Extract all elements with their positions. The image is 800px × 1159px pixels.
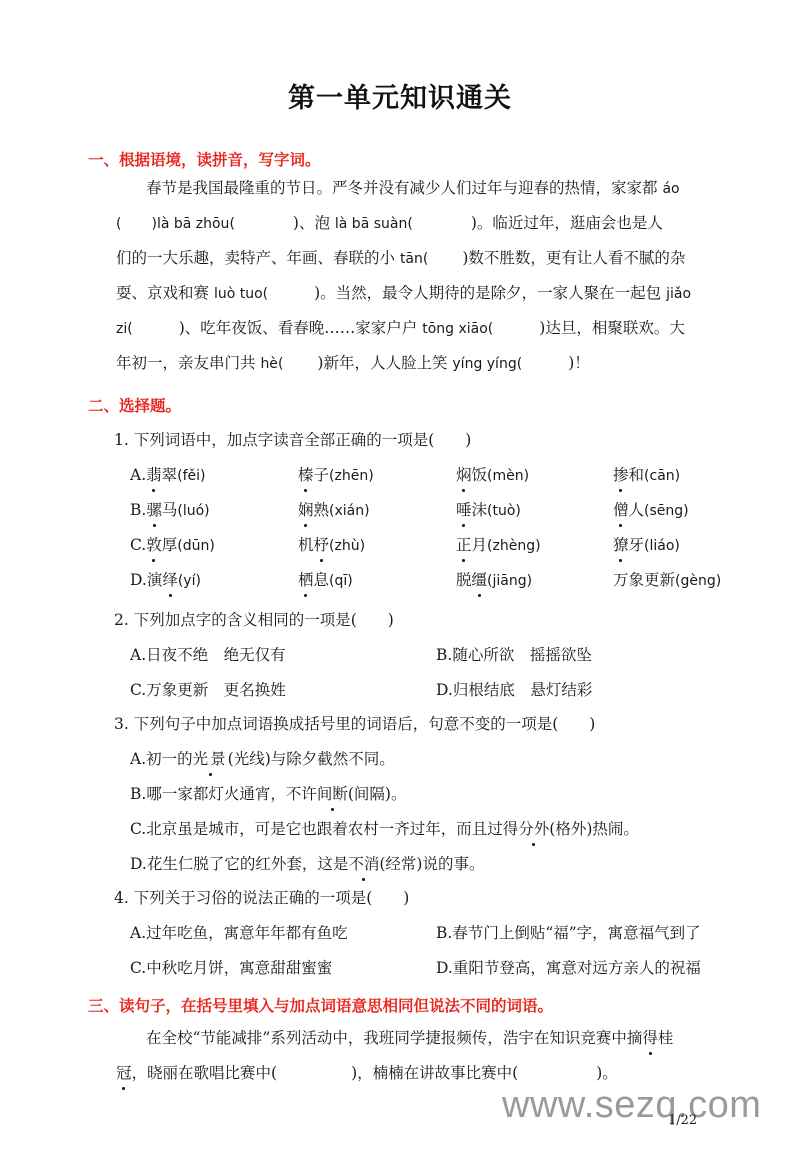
dotted-char: 栖 [298,568,314,590]
dotted-char: 榛 [298,463,314,485]
worksheet-page: 第一单元知识通关 一、根据语境，读拼音，写字词。 春节是我国最隆重的节日。严冬并… [0,0,800,1159]
text: (光线)与除夕截然不同。 [228,750,395,768]
option-label: C. [130,959,146,977]
text: 和 [629,466,645,484]
text: )、吃年夜饭、看春晚……家家户户 [179,319,422,337]
pinyin: (gèng) [675,573,721,589]
text: )。当然，最令人期待的是除夕，一家人聚在一起包 [314,284,666,302]
q4-option-d[interactable]: D.重阳节登高，寓意对远方亲人的祝福 [436,956,701,978]
pinyin: (zhù) [329,538,365,554]
option-label: B. [436,924,452,942]
pinyin: áo [662,181,679,197]
text: 饭 [472,466,488,484]
text: 北京虽是城市，可是它也跟着农村一齐过年，而且过得 [146,820,518,838]
option-label: C. [130,820,146,838]
q1-c-word-2: 机杼(zhù) [298,533,365,555]
page-number: 1/22 [668,1113,697,1128]
text: 年初一，亲友串门共 [116,354,260,372]
dotted-char: 掺 [613,463,629,485]
option-label: A. [130,466,146,484]
text: 春节是我国最隆重的节日。严冬并没有减少人们过年与迎春的热情，家家都 [146,179,662,197]
pinyin: yíng yíng [452,356,516,372]
option-text: 中秋吃月饼，寓意甜甜蜜蜜 [146,959,332,977]
q1-c-word-4: 獠牙(liáo) [613,533,680,555]
q3-option-d[interactable]: D.花生仁脱了它的红外套，这是不消(经常)说的事。 [130,852,484,874]
pinyin: là bā zhōu [157,216,230,232]
pinyin: (jiāng) [487,573,532,589]
dotted-char: 骡 [146,498,162,520]
pinyin: (sēng) [644,503,689,519]
text: 新 [660,571,676,589]
option-phrase: 万象更新 [146,681,208,699]
option-phrase: 更名换姓 [224,681,286,699]
text: ，晓丽在歌唱比赛中( [132,1064,278,1082]
option-phrase: 归根结底 [453,681,515,699]
dotted-char: 缰 [472,568,488,590]
pinyin: (liáo) [644,538,680,554]
paren-open: ( [263,286,268,302]
paren-open: ( [127,321,132,337]
question-4-stem: 4. 下列关于习俗的说法正确的一项是( ) [114,886,409,908]
text: 息 [314,571,330,589]
q1-option-b[interactable]: B.骡马(luó) [130,498,210,520]
q2-option-a[interactable]: A.日夜不绝 绝无仅有 [130,643,286,665]
text: 牙 [629,536,645,554]
text: 马 [162,501,178,519]
text: (格外)热闹。 [549,820,639,838]
paren-open: ( [278,356,283,372]
dotted-char: 正 [456,533,472,555]
dotted-char: 敦 [146,533,162,555]
dotted-char: 杼 [314,533,330,555]
dotted-word: 不消 [348,852,379,874]
page-title: 第一单元知识通关 [0,76,800,115]
option-label: B. [436,646,452,664]
q2-option-d[interactable]: D.归根结底 悬灯结彩 [436,678,592,700]
text: )。临近过年，逛庙会也是人 [471,214,663,232]
option-phrase: 摇摇欲坠 [530,646,592,664]
dotted-word: 分外 [518,817,549,839]
pinyin: (zhēn) [329,468,374,484]
section-2-heading: 二、选择题。 [88,394,181,416]
text: )数不胜数，更有让人看不腻的杂 [462,249,685,267]
text: (经常)说的事。 [379,855,484,873]
paren-open: ( [517,356,522,372]
section-1-line-3: 们的一大乐趣，卖特产、年画、春联的小 tān()数不胜数，更有让人看不腻的杂 [116,248,685,269]
text: )！ [568,354,590,372]
option-label: D. [130,855,147,873]
dotted-char: 翡 [146,463,162,485]
dotted-char: 唾 [456,498,472,520]
paren-open: ( [423,251,428,267]
text: 们的一大乐趣，卖特产、年画、春联的小 [116,249,400,267]
option-label: A. [130,646,146,664]
text: 人 [629,501,645,519]
text: 耍、京戏和赛 [116,284,214,302]
dotted-word: 摘得桂 [627,1028,674,1048]
q1-b-word-4: 僧人(sēng) [613,498,689,520]
dotted-word: 冠 [116,1063,132,1083]
watermark: www.sezq.com [502,1084,761,1127]
option-text: 过年吃鱼，寓意年年都有鱼吃 [146,924,348,942]
dotted-char: 焖 [456,463,472,485]
q3-option-a[interactable]: A.初一的光景(光线)与除夕截然不同。 [130,747,395,769]
text: )达旦，相聚联欢。大 [539,319,685,337]
pinyin: (yí) [178,573,201,589]
pinyin: (mèn) [487,468,529,484]
q3-option-b[interactable]: B.哪一家都灯火通宵，不许间断(间隔)。 [130,782,406,804]
q1-a-word-2: 榛子(zhēn) [298,463,374,485]
text: 在全校“节能减排”系列活动中，我班同学捷报频传，浩宇在知识竞赛中 [146,1029,627,1047]
text: 沫 [472,501,488,519]
text: 演 [147,571,163,589]
q1-d-word-3: 脱缰(jiāng) [456,568,532,590]
pinyin: (luó) [177,503,209,519]
q1-b-word-3: 唾沫(tuò) [456,498,521,520]
text: 万象更 [613,571,660,589]
option-text: 重阳节登高，寓意对远方亲人的祝福 [453,959,701,977]
text: 脱 [456,571,472,589]
q4-option-c[interactable]: C.中秋吃月饼，寓意甜甜蜜蜜 [130,956,332,978]
question-3-stem: 3. 下列句子中加点词语换成括号里的词语后，句意不变的一项是( ) [114,712,595,734]
paren-open: ( [407,216,412,232]
text: )。 [596,1064,618,1082]
q1-c-word-3: 正月(zhèng) [456,533,541,555]
text: 初一的 [146,750,193,768]
pinyin: (zhèng) [487,538,541,554]
q1-a-word-4: 掺和(cān) [613,463,680,485]
section-1-line-4: 耍、京戏和赛 luò tuo()。当然，最令人期待的是除夕，一家人聚在一起包 j… [116,283,691,304]
text: )，楠楠在讲故事比赛中( [351,1064,518,1082]
dotted-char: 娴 [298,498,314,520]
paren-open: ( [116,216,121,232]
text: 翠 [162,466,178,484]
question-2-stem: 2. 下列加点字的含义相同的一项是( ) [114,608,394,630]
section-1-line-2: ()là bā zhōu()、泡 là bā suàn()。临近过年，逛庙会也是… [116,213,663,234]
text: 月 [472,536,488,554]
question-1-stem: 1. 下列词语中，加点字读音全部正确的一项是( ) [114,428,471,450]
option-label: A. [130,924,146,942]
pinyin: tān [400,251,423,267]
q1-option-d[interactable]: D.演绎(yí) [130,568,201,590]
q1-option-a[interactable]: A.翡翠(fěi) [130,463,206,485]
option-text: 春节门上倒贴“福”字，寓意福气到了 [452,924,700,942]
option-label: D. [436,681,453,699]
section-1-heading: 一、根据语境，读拼音，写字词。 [88,148,321,170]
option-label: D. [436,959,453,977]
pinyin: là bā suàn [335,216,407,232]
option-label: D. [130,571,147,589]
text: 熟 [314,501,330,519]
pinyin: luò tuo [214,286,263,302]
q1-option-c[interactable]: C.敦厚(dūn) [130,533,215,555]
text: 子 [314,466,330,484]
pinyin: (fěi) [177,468,205,484]
paren-open: ( [229,216,234,232]
option-label: B. [130,501,146,519]
pinyin: tōng xiāo [422,321,488,337]
pinyin: jiǎo [666,286,691,302]
q3-option-c[interactable]: C.北京虽是城市，可是它也跟着农村一齐过年，而且过得分外(格外)热闹。 [130,817,639,839]
option-label: A. [130,750,146,768]
pinyin: (dūn) [177,538,215,554]
dotted-char: 獠 [613,533,629,555]
q1-d-word-4: 万象更新(gèng) [613,568,721,590]
pinyin: (qī) [329,573,353,589]
option-label: C. [130,681,146,699]
pinyin: (tuò) [487,503,521,519]
text: (间隔)。 [348,785,407,803]
pinyin: (xián) [329,503,370,519]
q1-d-word-2: 栖息(qī) [298,568,353,590]
dotted-char: 僧 [613,498,629,520]
dotted-char: 绎 [162,568,178,590]
section-1-line-6: 年初一，亲友串门共 hè()新年，人人脸上笑 yíng yíng()！ [116,353,590,374]
option-phrase: 日夜不绝 [146,646,208,664]
paren-open: ( [488,321,493,337]
q2-option-c[interactable]: C.万象更新 更名换姓 [130,678,286,700]
section-3-heading: 三、读句子，在括号里填入与加点词语意思相同但说法不同的词语。 [88,994,553,1016]
text: 花生仁脱了它的红外套，这是 [147,855,349,873]
section-3-line-2: 冠，晓丽在歌唱比赛中()，楠楠在讲故事比赛中()。 [116,1063,618,1083]
section-3-line-1: 在全校“节能减排”系列活动中，我班同学捷报频传，浩宇在知识竞赛中摘得桂 [146,1028,673,1048]
pinyin: hè [260,356,278,372]
option-label: B. [130,785,146,803]
option-phrase: 悬灯结彩 [530,681,592,699]
text: 哪一家都灯火通宵，不许 [146,785,317,803]
text: 机 [298,536,314,554]
text: 厚 [162,536,178,554]
pinyin: (cān) [644,468,680,484]
option-phrase: 绝无仅有 [224,646,286,664]
text: )、泡 [293,214,335,232]
text: )新年，人人脸上笑 [317,354,452,372]
q2-option-b[interactable]: B.随心所欲 摇摇欲坠 [436,643,592,665]
q1-b-word-2: 娴熟(xián) [298,498,370,520]
q1-a-word-3: 焖饭(mèn) [456,463,529,485]
section-1-line-1: 春节是我国最隆重的节日。严冬并没有减少人们过年与迎春的热情，家家都 áo [146,178,680,199]
option-phrase: 随心所欲 [452,646,514,664]
option-label: C. [130,536,146,554]
section-1-line-5: zi()、吃年夜饭、看春晚……家家户户 tōng xiāo()达旦，相聚联欢。大 [116,318,685,339]
pinyin: zi [116,321,127,337]
dotted-word: 光景 [193,747,228,769]
dotted-word: 间断 [317,782,348,804]
q4-option-a[interactable]: A.过年吃鱼，寓意年年都有鱼吃 [130,921,348,943]
q4-option-b[interactable]: B.春节门上倒贴“福”字，寓意福气到了 [436,921,701,943]
